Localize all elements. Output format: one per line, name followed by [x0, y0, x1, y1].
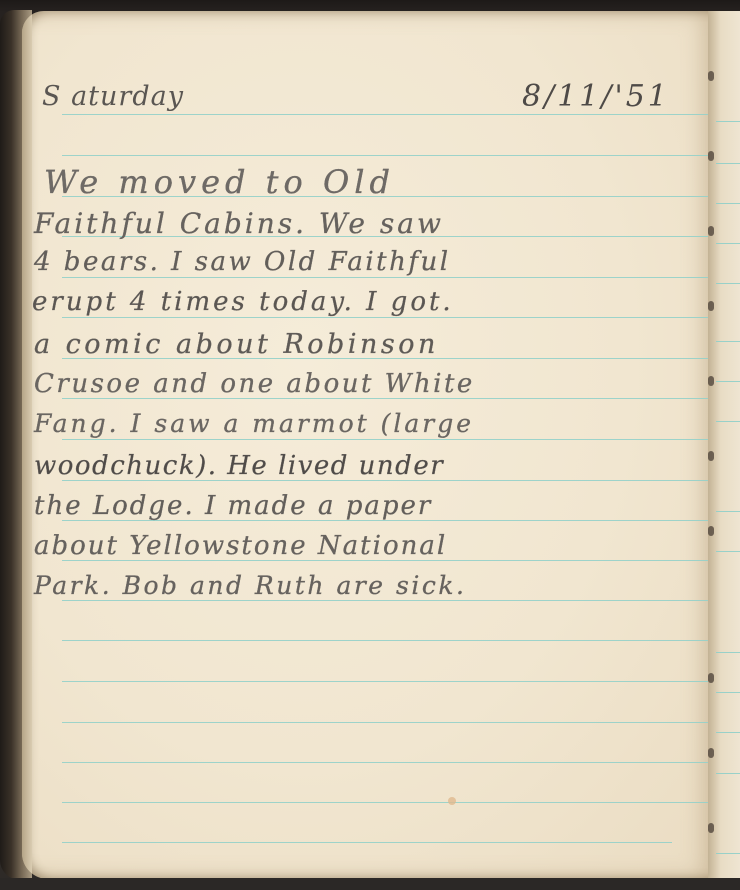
- entry-line: Crusoe and one about White: [34, 369, 722, 399]
- page-binding-edge: [708, 11, 740, 879]
- ruled-line: [62, 439, 712, 440]
- diary-page: S aturday 8/11/'51 We moved to Old Faith…: [22, 11, 722, 879]
- page-left-edge: [22, 11, 32, 879]
- ruled-line: [62, 681, 712, 682]
- ruled-line: [716, 511, 740, 512]
- entry-line: 4 bears. I saw Old Faithful: [34, 247, 722, 277]
- ruled-line: [716, 341, 740, 342]
- ruled-line: [716, 551, 740, 552]
- entry-line: the Lodge. I made a paper: [34, 491, 722, 521]
- entry-line: woodchuck). He lived under: [34, 451, 722, 481]
- entry-line: erupt 4 times today. I got.: [32, 287, 722, 317]
- ruled-line: [716, 773, 740, 774]
- ruled-line: [716, 732, 740, 733]
- ruled-line: [62, 640, 712, 641]
- entry-date: 8/11/'51: [522, 79, 670, 114]
- ruled-line: [716, 163, 740, 164]
- binding-stitch: [708, 823, 714, 833]
- ruled-line: [716, 853, 740, 854]
- ruled-line: [62, 722, 712, 723]
- entry-day: S aturday: [42, 81, 184, 112]
- binding-stitch: [708, 151, 714, 161]
- binding-stitch: [708, 376, 714, 386]
- entry-line: a comic about Robinson: [34, 329, 722, 360]
- paper-stain: [448, 797, 456, 805]
- entry-line: Faithful Cabins. We saw: [34, 207, 722, 240]
- ruled-line: [716, 692, 740, 693]
- ruled-line: [62, 802, 712, 803]
- binding-stitch: [708, 71, 714, 81]
- ruled-line: [716, 283, 740, 284]
- ruled-line: [716, 243, 740, 244]
- ruled-line: [716, 381, 740, 382]
- binding-stitch: [708, 526, 714, 536]
- ruled-line: [62, 600, 712, 601]
- binding-stitch: [708, 226, 714, 236]
- entry-line: Park. Bob and Ruth are sick.: [34, 571, 722, 600]
- ruled-line: [62, 155, 712, 156]
- ruled-line: [716, 203, 740, 204]
- binding-stitch: [708, 673, 714, 683]
- entry-line: Fang. I saw a marmot (large: [34, 409, 722, 438]
- entry-line: We moved to Old: [44, 163, 722, 201]
- ruled-line: [716, 121, 740, 122]
- scan-bottom-border: [0, 878, 740, 890]
- ruled-line: [62, 114, 712, 115]
- binding-stitch: [708, 451, 714, 461]
- ruled-line: [62, 317, 712, 318]
- ruled-line: [62, 277, 712, 278]
- binding-stitch: [708, 748, 714, 758]
- ruled-line: [716, 421, 740, 422]
- binding-stitch: [708, 301, 714, 311]
- ruled-line: [716, 652, 740, 653]
- ruled-line: [62, 842, 672, 843]
- entry-line: about Yellowstone National: [34, 531, 722, 561]
- ruled-line: [62, 762, 712, 763]
